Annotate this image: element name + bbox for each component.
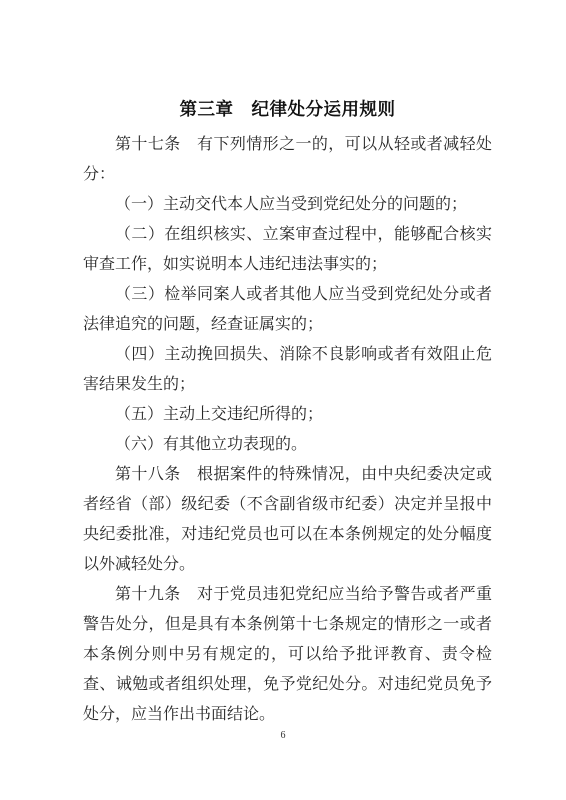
- document-body: 第十七条 有下列情形之一的，可以从轻或者减轻处分： （一）主动交代本人应当受到党…: [83, 130, 492, 730]
- paragraph-item-4: （四）主动挽回损失、消除不良影响或者有效阻止危害结果发生的；: [83, 340, 492, 400]
- paragraph-article-19: 第十九条 对于党员违犯党纪应当给予警告或者严重警告处分，但是具有本条例第十七条规…: [83, 580, 492, 730]
- paragraph-article-18: 第十八条 根据案件的特殊情况，由中央纪委决定或者经省（部）级纪委（不含副省级市纪…: [83, 460, 492, 580]
- paragraph-item-3: （三）检举同案人或者其他人应当受到党纪处分或者法律追究的问题，经查证属实的；: [83, 280, 492, 340]
- chapter-title: 第三章 纪律处分运用规则: [83, 94, 492, 124]
- paragraph-item-5: （五）主动上交违纪所得的；: [83, 400, 492, 430]
- paragraph-item-2: （二）在组织核实、立案审查过程中，能够配合核实审查工作，如实说明本人违纪违法事实…: [83, 220, 492, 280]
- paragraph-article-17: 第十七条 有下列情形之一的，可以从轻或者减轻处分：: [83, 130, 492, 190]
- paragraph-item-6: （六）有其他立功表现的。: [83, 430, 492, 460]
- page-number: 6: [0, 729, 566, 743]
- paragraph-item-1: （一）主动交代本人应当受到党纪处分的问题的；: [83, 190, 492, 220]
- document-page: 第三章 纪律处分运用规则 第十七条 有下列情形之一的，可以从轻或者减轻处分： （…: [0, 0, 566, 800]
